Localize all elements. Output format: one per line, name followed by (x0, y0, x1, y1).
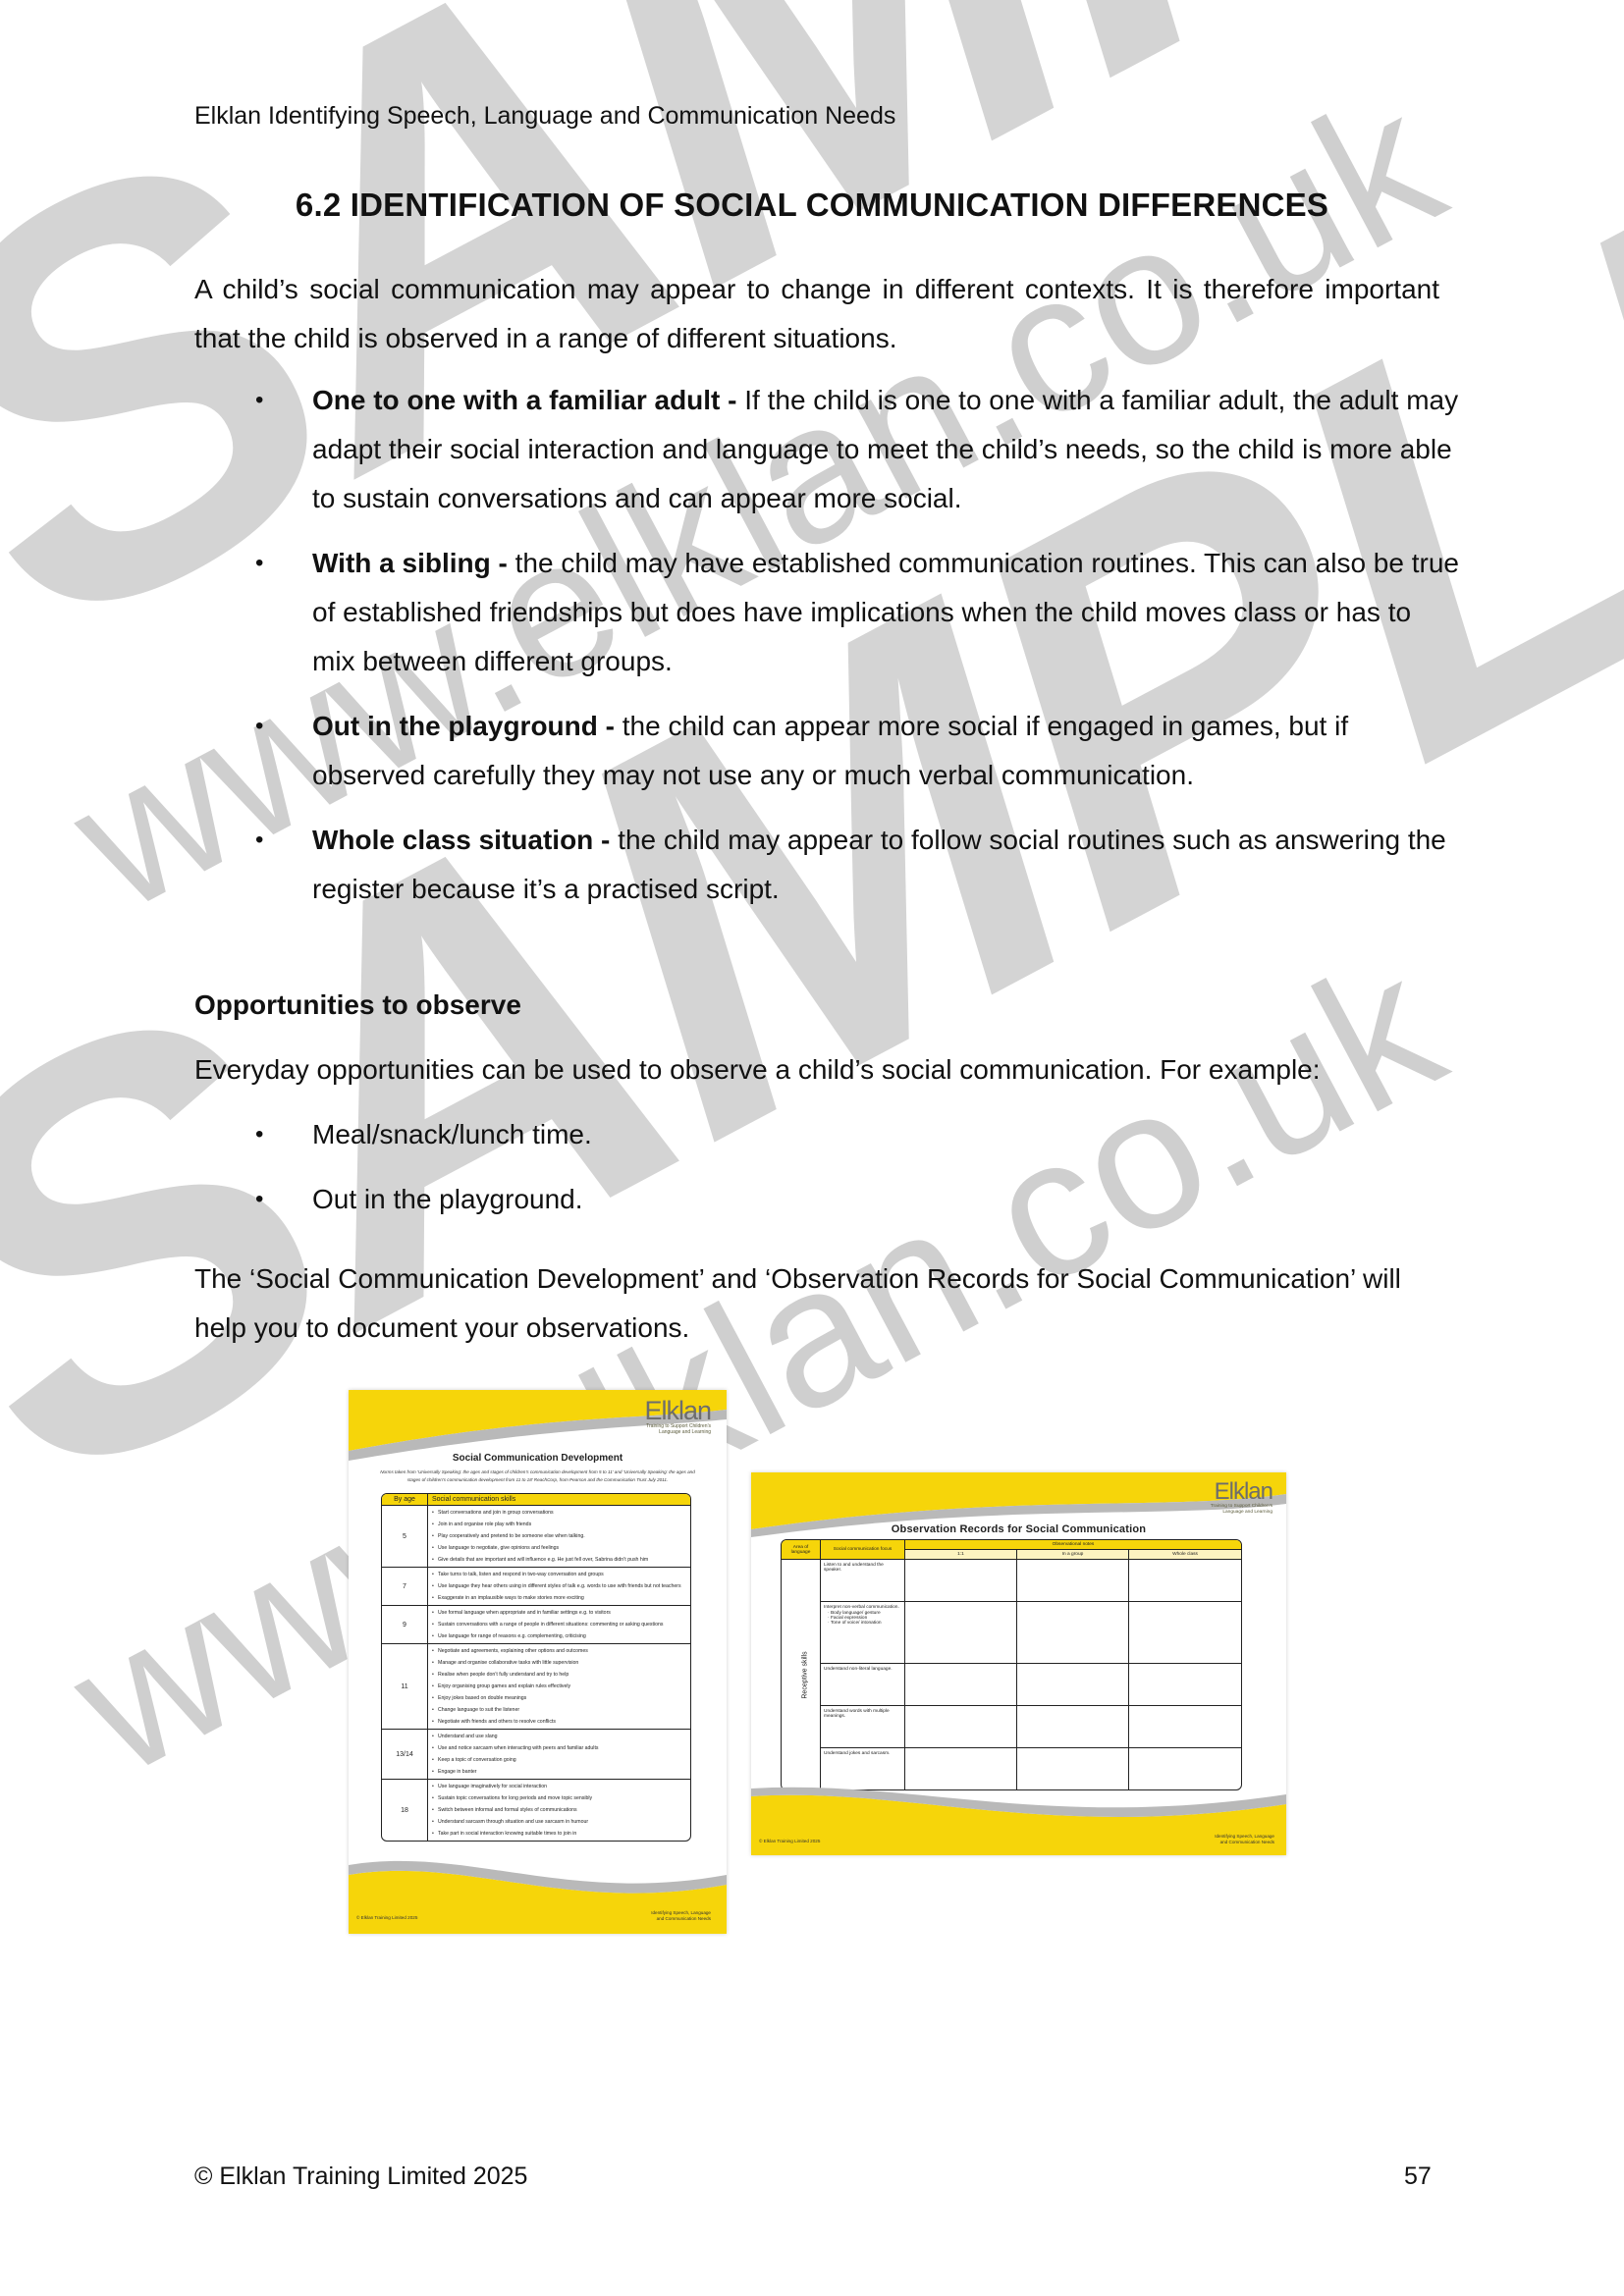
skill-item: Play cooperatively and pretend to be som… (432, 1530, 686, 1542)
focus-cell: Understand words with multiple meanings. (821, 1706, 905, 1748)
bullet-icon: • (255, 816, 263, 865)
column-header: Social communication focus (821, 1540, 905, 1560)
focus-cell: Interpret non-verbal communication.Body … (821, 1602, 905, 1664)
notes-cell (905, 1706, 1017, 1748)
skills-cell: Use language imaginatively for social in… (428, 1779, 690, 1841)
opportunities-list: •Meal/snack/lunch time.•Out in the playg… (194, 1110, 1461, 1240)
skill-item: Understand and use slang (432, 1731, 686, 1742)
elklan-logo: Elklan Training to Support Children’s La… (644, 1398, 711, 1436)
skill-item: Use language imaginatively for social in… (432, 1781, 686, 1792)
notes-cell (1129, 1560, 1241, 1602)
skill-item: Use language to negotiate, give opinions… (432, 1542, 686, 1554)
age-cell: 11 (382, 1643, 428, 1729)
situations-list: •One to one with a familiar adult - If t… (194, 376, 1461, 930)
age-cell: 13/14 (382, 1729, 428, 1779)
skill-item: Negotiate and agreements, explaining oth… (432, 1645, 686, 1657)
notes-cell (1129, 1748, 1241, 1789)
list-item: •With a sibling - the child may have est… (194, 539, 1461, 686)
skill-item: Engage in banter (432, 1766, 686, 1778)
skill-item: Use formal language when appropriate and… (432, 1607, 686, 1619)
skill-item: Join in and organise role play with frie… (432, 1519, 686, 1530)
notes-cell (1129, 1664, 1241, 1706)
closing-paragraph: The ‘Social Communication Development’ a… (194, 1255, 1439, 1353)
skill-item: Enjoy jokes based on double meanings (432, 1692, 686, 1704)
column-header: In a group (1017, 1550, 1129, 1560)
list-item: •Out in the playground. (194, 1175, 1461, 1224)
bullet-icon: • (255, 1175, 263, 1224)
opportunity-text: Out in the playground. (312, 1184, 583, 1214)
age-cell: 5 (382, 1506, 428, 1567)
notes-cell (1017, 1748, 1129, 1789)
table-row: 9Use formal language when appropriate an… (382, 1605, 690, 1643)
table-row: Understand words with multiple meanings. (782, 1706, 1241, 1748)
focus-cell: Listen to and understand the speaker. (821, 1560, 905, 1602)
footer-copyright: © Elklan Training Limited 2025 (194, 2163, 527, 2191)
page-number: 57 (1404, 2163, 1432, 2191)
column-header: Area of language (782, 1540, 821, 1560)
notes-cell (1017, 1706, 1129, 1748)
situation-term: Out in the playground - (312, 711, 615, 741)
column-header: Whole class (1129, 1550, 1241, 1560)
age-cell: 9 (382, 1605, 428, 1643)
notes-cell (905, 1664, 1017, 1706)
list-item: •Out in the playground - the child can a… (194, 702, 1461, 800)
situation-term: One to one with a familiar adult - (312, 385, 736, 415)
table-row: Understand non-literal language. (782, 1664, 1241, 1706)
skill-item: Understand sarcasm through situation and… (432, 1816, 686, 1828)
skill-item: Keep a topic of conversation going (432, 1754, 686, 1766)
bullet-icon: • (255, 1110, 263, 1159)
table-row: Understand jokes and sarcasm. (782, 1748, 1241, 1789)
column-header: Social communication skills (428, 1494, 690, 1506)
skill-item: Use language for range of reasons e.g. c… (432, 1630, 686, 1642)
opportunity-text: Meal/snack/lunch time. (312, 1119, 592, 1149)
skill-item: Enjoy organising group games and explain… (432, 1681, 686, 1692)
skill-item: Manage and organise collaborative tasks … (432, 1657, 686, 1669)
notes-cell (905, 1602, 1017, 1664)
thumbnail-source-note: Norms taken from ‘Universally Speaking: … (378, 1468, 697, 1483)
area-cell: Receptive skills (782, 1560, 821, 1789)
skill-item: Give details that are important and will… (432, 1554, 686, 1566)
yellow-wave-footer (751, 1787, 1286, 1855)
column-header: Observational notes (905, 1540, 1241, 1550)
bullet-icon: • (255, 702, 263, 751)
age-cell: 7 (382, 1567, 428, 1605)
social-communication-development-thumbnail: Elklan Training to Support Children’s La… (349, 1390, 727, 1934)
table-row: 11Negotiate and agreements, explaining o… (382, 1643, 690, 1729)
notes-cell (1017, 1602, 1129, 1664)
skill-item: Take part in social interaction knowing … (432, 1828, 686, 1840)
table-row: 5Start conversations and join in group c… (382, 1506, 690, 1567)
skill-item: Start conversations and join in group co… (432, 1507, 686, 1519)
observation-table: Area of language Social communication fo… (781, 1539, 1242, 1790)
intro-paragraph: A child’s social communication may appea… (194, 265, 1439, 363)
skill-item: Exaggerate in an implausible ways to mak… (432, 1592, 686, 1604)
skills-cell: Take turns to talk, listen and respond i… (428, 1567, 690, 1605)
opportunities-intro: Everyday opportunities can be used to ob… (194, 1045, 1439, 1095)
skill-item: Negotiate with friends and others to res… (432, 1716, 686, 1728)
notes-cell (905, 1748, 1017, 1789)
thumbnail-title: Social Communication Development (349, 1453, 727, 1464)
table-row: Receptive skillsListen to and understand… (782, 1560, 1241, 1602)
table-row: 7Take turns to talk, listen and respond … (382, 1567, 690, 1605)
focus-cell: Understand non-literal language. (821, 1664, 905, 1706)
observation-records-thumbnail: Elklan Training to Support Children’s La… (751, 1472, 1286, 1855)
skill-item: Change language to suit the listener (432, 1704, 686, 1716)
thumbnail-footer-copyright: © Elklan Training Limited 2025 (356, 1915, 417, 1920)
thumbnail-footer-title: Identifying Speech, Language and Communi… (1215, 1834, 1274, 1845)
age-cell: 18 (382, 1779, 428, 1841)
bullet-icon: • (255, 376, 263, 425)
situation-term: Whole class situation - (312, 825, 610, 855)
thumbnail-title: Observation Records for Social Communica… (751, 1523, 1286, 1535)
running-header: Elklan Identifying Speech, Language and … (194, 102, 895, 131)
skill-item: Sustain conversations with a range of pe… (432, 1619, 686, 1630)
skill-item: Use language they hear others using in d… (432, 1580, 686, 1592)
situation-term: With a sibling - (312, 548, 508, 578)
skill-item: Take turns to talk, listen and respond i… (432, 1569, 686, 1580)
skills-cell: Start conversations and join in group co… (428, 1506, 690, 1567)
development-table: By age Social communication skills 5Star… (381, 1493, 691, 1842)
notes-cell (1017, 1560, 1129, 1602)
table-row: 13/14Understand and use slangUse and not… (382, 1729, 690, 1779)
column-header: By age (382, 1494, 428, 1506)
section-subheading: Opportunities to observe (194, 989, 521, 1021)
elklan-logo: Elklan Training to Support Children’s La… (1211, 1480, 1272, 1515)
list-item: •One to one with a familiar adult - If t… (194, 376, 1461, 523)
table-row: 18Use language imaginatively for social … (382, 1779, 690, 1841)
list-item: •Whole class situation - the child may a… (194, 816, 1461, 914)
skills-cell: Negotiate and agreements, explaining oth… (428, 1643, 690, 1729)
thumbnail-footer-copyright: © Elklan Training Limited 2025 (759, 1839, 820, 1843)
thumbnail-footer-title: Identifying Speech, Language and Communi… (651, 1910, 711, 1922)
page: Elklan Identifying Speech, Language and … (0, 0, 1624, 2296)
notes-cell (1129, 1602, 1241, 1664)
page-title: 6.2 IDENTIFICATION OF SOCIAL COMMUNICATI… (0, 187, 1624, 224)
bullet-icon: • (255, 539, 263, 588)
notes-cell (1017, 1664, 1129, 1706)
skills-cell: Use formal language when appropriate and… (428, 1605, 690, 1643)
notes-cell (1129, 1706, 1241, 1748)
skill-item: Realise when people don’t fully understa… (432, 1669, 686, 1681)
table-row: Interpret non-verbal communication.Body … (782, 1602, 1241, 1664)
skill-item: Switch between informal and formal style… (432, 1804, 686, 1816)
column-header: 1:1 (905, 1550, 1017, 1560)
skills-cell: Understand and use slangUse and notice s… (428, 1729, 690, 1779)
skill-item: Sustain topic conversations for long per… (432, 1792, 686, 1804)
focus-cell: Understand jokes and sarcasm. (821, 1748, 905, 1789)
skill-item: Use and notice sarcasm when interacting … (432, 1742, 686, 1754)
notes-cell (905, 1560, 1017, 1602)
list-item: •Meal/snack/lunch time. (194, 1110, 1461, 1159)
